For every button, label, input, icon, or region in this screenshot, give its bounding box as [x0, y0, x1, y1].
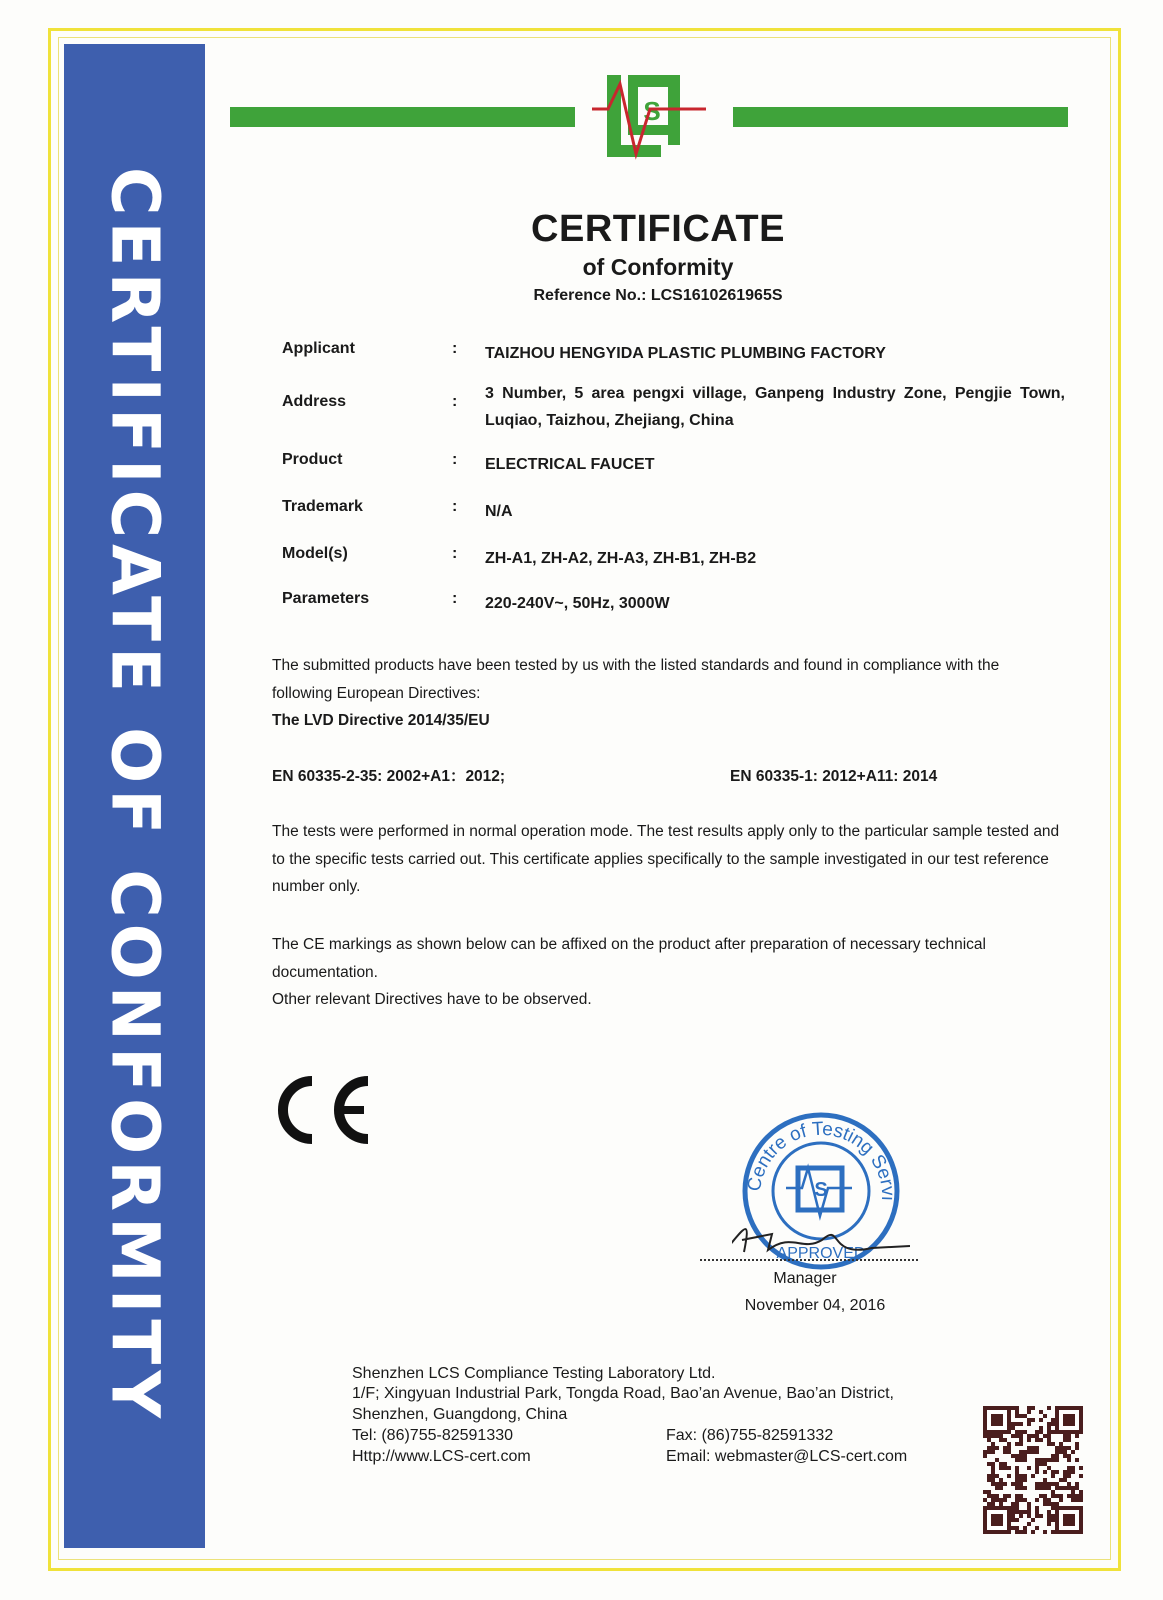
field-colon: : — [452, 340, 485, 367]
field-value: 220-240V~, 50Hz, 3000W — [485, 590, 1065, 617]
ce-marking-text: The CE markings as shown below can be af… — [272, 931, 1062, 986]
field-trademark: Trademark : N/A — [282, 498, 1065, 525]
reference-number: Reference No.: LCS1610261965S — [0, 287, 1163, 305]
side-banner-text: CERTIFICATE OF CONFORMITY — [102, 167, 168, 1424]
field-value: ELECTRICAL FAUCET — [485, 451, 1065, 478]
scope-text: The tests were performed in normal opera… — [272, 818, 1062, 901]
lcs-logo-icon: S — [590, 70, 710, 162]
lab-name: Shenzhen LCS Compliance Testing Laborato… — [352, 1364, 715, 1384]
standard-2: EN 60335-1: 2012+A11: 2014 — [730, 763, 1030, 791]
field-value: TAIZHOU HENGYIDA PLASTIC PLUMBING FACTOR… — [485, 340, 1065, 367]
signature-line — [700, 1259, 918, 1261]
header-bar-right — [733, 107, 1068, 127]
lab-fax: Fax: (86)755-82591332 — [666, 1426, 833, 1446]
lab-tel: Tel: (86)755-82591330 — [352, 1426, 513, 1446]
field-models: Model(s) : ZH-A1, ZH-A2, ZH-A3, ZH-B1, Z… — [282, 545, 1065, 572]
qr-code-icon — [983, 1405, 1083, 1535]
field-value: 3 Number, 5 area pengxi village, Ganpeng… — [485, 380, 1065, 434]
field-value: ZH-A1, ZH-A2, ZH-A3, ZH-B1, ZH-B2 — [485, 545, 1065, 572]
field-label: Product — [282, 451, 452, 478]
field-address: Address : 3 Number, 5 area pengxi villag… — [282, 380, 1065, 434]
field-label: Model(s) — [282, 545, 452, 572]
compliance-text: The submitted products have been tested … — [272, 652, 1062, 707]
lab-address-line-2: Shenzhen, Guangdong, China — [352, 1405, 567, 1425]
certificate-title: CERTIFICATE — [0, 208, 1163, 251]
certificate-subtitle: of Conformity — [0, 254, 1163, 281]
field-colon: : — [452, 380, 485, 434]
lab-website[interactable]: Http://www.LCS-cert.com — [352, 1447, 531, 1467]
lab-address-line-1: 1/F; Xingyuan Industrial Park, Tongda Ro… — [352, 1384, 894, 1404]
field-parameters: Parameters : 220-240V~, 50Hz, 3000W — [282, 590, 1065, 617]
field-colon: : — [452, 451, 485, 478]
field-label: Parameters — [282, 590, 452, 617]
field-applicant: Applicant : TAIZHOU HENGYIDA PLASTIC PLU… — [282, 340, 1065, 367]
ce-mark-icon — [268, 1073, 372, 1147]
field-value: N/A — [485, 498, 1065, 525]
issue-date: November 04, 2016 — [720, 1297, 910, 1315]
directive: The LVD Directive 2014/35/EU — [272, 707, 1062, 735]
field-colon: : — [452, 498, 485, 525]
lab-email[interactable]: Email: webmaster@LCS-cert.com — [666, 1447, 907, 1467]
field-label: Applicant — [282, 340, 452, 367]
signatory-title: Manager — [700, 1270, 910, 1288]
field-colon: : — [452, 590, 485, 617]
field-label: Trademark — [282, 498, 452, 525]
field-colon: : — [452, 545, 485, 572]
field-label: Address — [282, 380, 452, 434]
header-bar-left — [230, 107, 575, 127]
approval-stamp-icon: Centre of Testing Service APPROVED S — [732, 1112, 910, 1270]
other-directives-text: Other relevant Directives have to be obs… — [272, 986, 1062, 1014]
field-product: Product : ELECTRICAL FAUCET — [282, 451, 1065, 478]
